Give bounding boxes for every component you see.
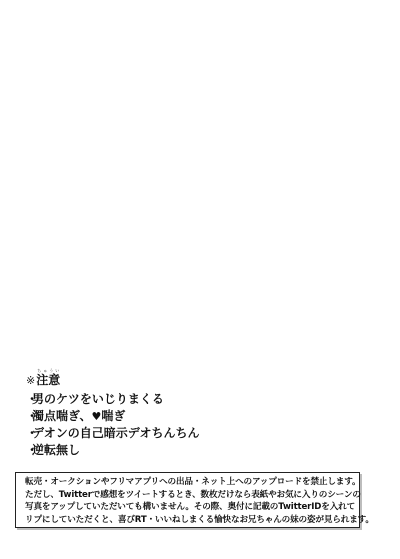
caution-title-furigana: ちゅうい [36,368,60,373]
copyright-notice-box: 転売・オークションやフリマアプリへの出品・ネット上へのアップロードを禁止します。… [15,472,360,528]
caution-item: ・デオンの自己暗示デオちんちん [26,424,286,441]
caution-item-text: 男のケツをいじりまくる [32,392,164,406]
document-page: ※注意ちゅうい ・男のケツをいじりまくる ・濁点喘ぎ、♥喘ぎ ・デオンの自己暗示… [0,0,400,559]
caution-item-text-before: 濁点喘ぎ、 [32,409,92,423]
notice-line: 転売・オークションやフリマアプリへの出品・ネット上へのアップロードを禁止します。 [25,476,355,489]
notice-line: ただし、Twitterで感想をツイートするとき、数枚だけなら表紙やお気に入りのシ… [25,489,355,502]
caution-item-text: デオンの自己暗示デオちんちん [32,426,200,440]
notice-line: リプにしていただくと、喜びRT・いいねしまくる愉快なお兄ちゃんの妹の姿が見られま… [25,514,355,527]
caution-list: ・男のケツをいじりまくる ・濁点喘ぎ、♥喘ぎ ・デオンの自己暗示デオちんちん ・… [26,390,286,458]
caution-title-ruby: 注意ちゅうい [36,373,60,387]
caution-title-text: 注意 [36,373,60,387]
caution-item-text-after: 喘ぎ [101,409,125,423]
caution-item: ・逆転無し [26,441,286,458]
reference-mark-icon: ※ [26,374,35,387]
caution-heading: ※注意ちゅうい [26,366,286,390]
caution-section: ※注意ちゅうい ・男のケツをいじりまくる ・濁点喘ぎ、♥喘ぎ ・デオンの自己暗示… [26,366,286,458]
notice-line: 写真をアップしていただいても構いません。その際、奥付に記載のTwitterIDを… [25,501,355,514]
caution-item-text: 逆転無し [32,443,80,457]
heart-icon: ♥ [92,410,102,423]
caution-item: ・男のケツをいじりまくる [26,390,286,407]
caution-item: ・濁点喘ぎ、♥喘ぎ [26,407,286,424]
